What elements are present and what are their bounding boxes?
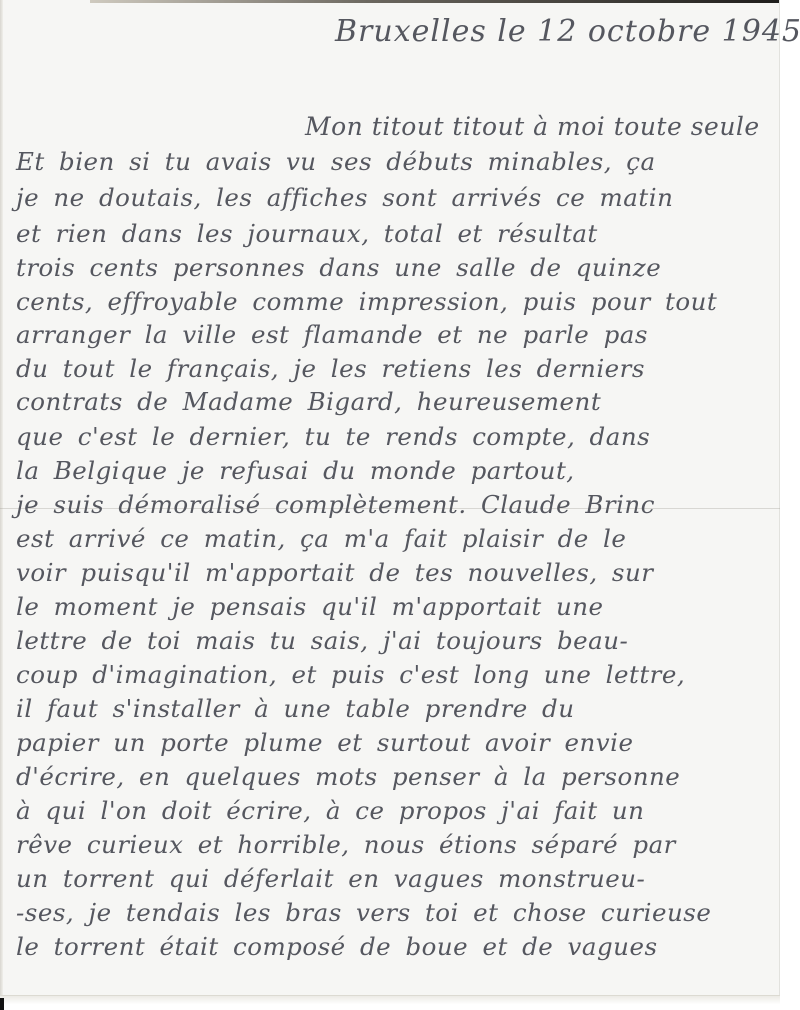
- letter-line: du tout le français, je les retiens les …: [16, 354, 645, 383]
- letter-dateline: Bruxelles le 12 octobre 1945: [335, 14, 800, 49]
- scan-right-margin: [779, 0, 800, 1010]
- letter-line: cents, effroyable comme impression, puis…: [16, 287, 717, 316]
- letter-line: arranger la ville est flamande et ne par…: [16, 320, 648, 349]
- letter-line: est arrivé ce matin, ça m'a fait plaisir…: [16, 524, 626, 553]
- letter-line: voir puisqu'il m'apportait de tes nouvel…: [16, 558, 654, 587]
- letter-line: à qui l'on doit écrire, à ce propos j'ai…: [16, 796, 644, 825]
- letter-line: lettre de toi mais tu sais, j'ai toujour…: [16, 626, 628, 655]
- letter-line: il faut s'installer à une table prendre …: [16, 694, 574, 723]
- letter-salutation: Mon titout titout à moi toute seule: [305, 112, 760, 141]
- letter-line: je ne doutais, les affiches sont arrivés…: [16, 183, 673, 212]
- letter-line: que c'est le dernier, tu te rends compte…: [16, 422, 650, 451]
- letter-line: le torrent était composé de boue et de v…: [16, 932, 658, 961]
- letter-line: trois cents personnes dans une salle de …: [16, 253, 661, 282]
- letter-line: je suis démoralisé complètement. Claude …: [16, 490, 655, 519]
- letter-line: et rien dans les journaux, total et résu…: [16, 219, 598, 248]
- letter-line: le moment je pensais qu'il m'apportait u…: [16, 592, 604, 621]
- letter-sheet: Bruxelles le 12 octobre 1945 Mon titout …: [0, 0, 780, 1000]
- letter-line: Et bien si tu avais vu ses débuts minabl…: [16, 147, 656, 176]
- letter-line: contrats de Madame Bigard, heureusement: [16, 387, 601, 416]
- letter-line: rêve curieux et horrible, nous étions sé…: [16, 830, 676, 859]
- letter-line: d'écrire, en quelques mots penser à la p…: [16, 762, 680, 791]
- letter-line: papier un porte plume et surtout avoir e…: [16, 728, 633, 757]
- letter-line: la Belgique je refusai du monde partout,: [16, 456, 575, 485]
- letter-line: -ses, je tendais les bras vers toi et ch…: [16, 898, 711, 927]
- scanned-letter-page: Bruxelles le 12 octobre 1945 Mon titout …: [0, 0, 800, 1010]
- letter-line: coup d'imagination, et puis c'est long u…: [16, 660, 685, 689]
- letter-line: un torrent qui déferlait en vagues monst…: [16, 864, 645, 893]
